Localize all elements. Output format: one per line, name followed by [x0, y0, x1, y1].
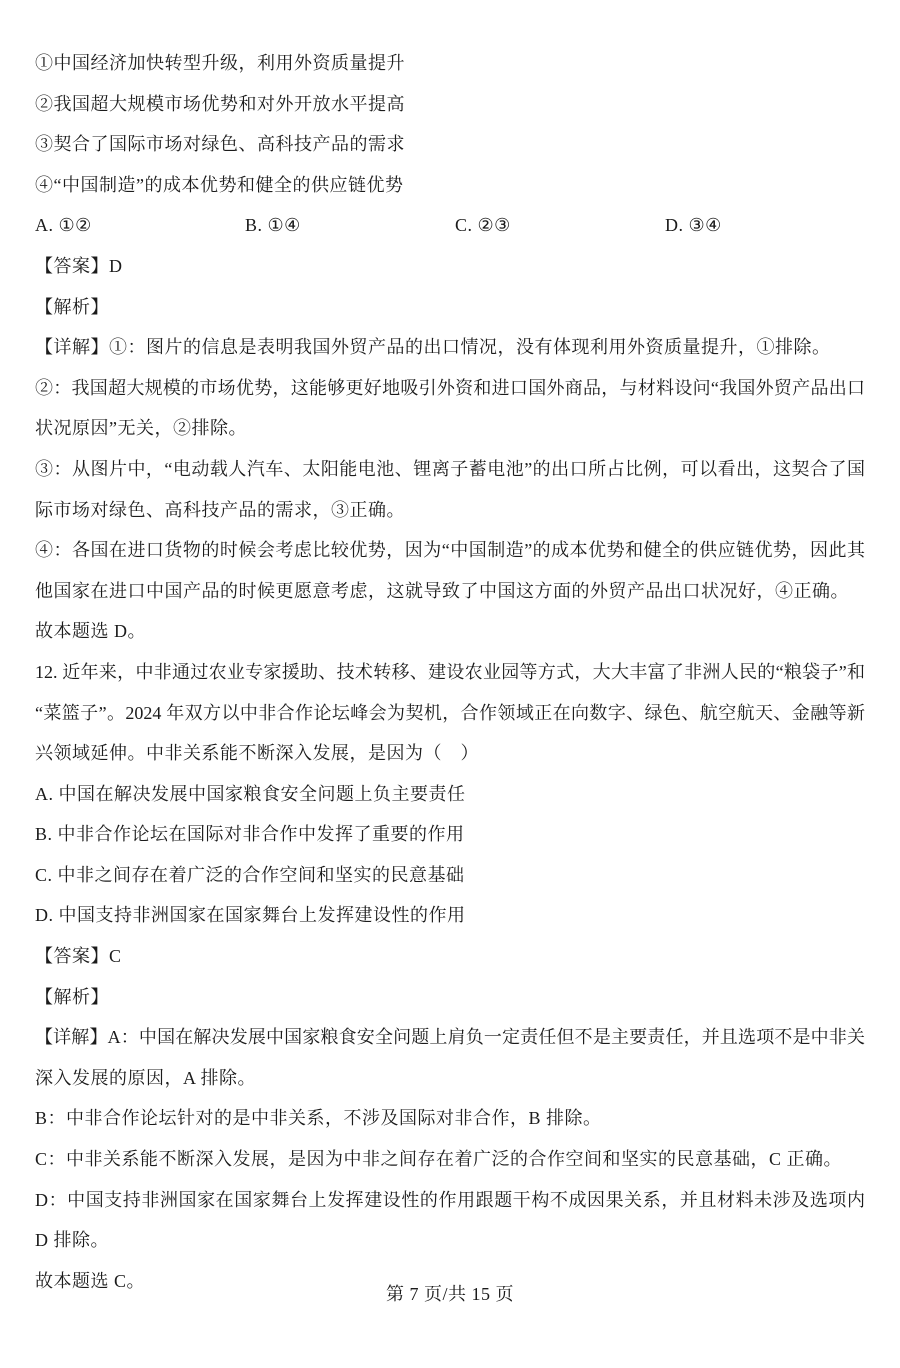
- q12-detail-b: B：中非合作论坛针对的是中非关系，不涉及国际对非合作，B 排除。: [35, 1098, 865, 1139]
- q12-detail-d-line2: D 排除。: [35, 1220, 865, 1261]
- q12-stem-line1: 12. 近年来，中非通过农业专家援助、技术转移、建设农业园等方式，大大丰富了非洲…: [35, 652, 865, 693]
- q12-stem-line3: 兴领域延伸。中非关系能不断深入发展，是因为（ ）: [35, 733, 865, 774]
- q11-detail-p4-line2: 他国家在进口中国产品的时候更愿意考虑，这就导致了中国这方面的外贸产品出口状况好，…: [35, 571, 865, 612]
- q12-stem-line2: “菜篮子”。2024 年双方以中非合作论坛峰会为契机，合作领域正在向数字、绿色、…: [35, 693, 865, 734]
- q11-option-3: ③契合了国际市场对绿色、高科技产品的需求: [35, 124, 865, 165]
- q11-detail-p1: 【详解】①：图片的信息是表明我国外贸产品的出口情况，没有体现利用外资质量提升，①…: [35, 327, 865, 368]
- document-body: ①中国经济加快转型升级，利用外资质量提升②我国超大规模市场优势和对外开放水平提高…: [35, 43, 865, 1301]
- q11-detail-p2-line1: ②：我国超大规模的市场优势，这能够更好地吸引外资和进口国外商品，与材料设问“我国…: [35, 368, 865, 409]
- answer-choice: D. ③④: [665, 205, 865, 246]
- q11-detail-p4-line1: ④：各国在进口货物的时候会考虑比较优势，因为“中国制造”的成本优势和健全的供应链…: [35, 530, 865, 571]
- q12-analysis-label: 【解析】: [35, 977, 865, 1018]
- q11-option-2: ②我国超大规模市场优势和对外开放水平提高: [35, 84, 865, 125]
- page-footer: 第 7 页/共 15 页: [0, 1280, 900, 1308]
- answer-choice: A. ①②: [35, 205, 245, 246]
- q11-option-4: ④“中国制造”的成本优势和健全的供应链优势: [35, 165, 865, 206]
- q12-answer: 【答案】C: [35, 936, 865, 977]
- q12-detail-d-line1: D：中国支持非洲国家在国家舞台上发挥建设性的作用跟题干构不成因果关系，并且材料未…: [35, 1180, 865, 1221]
- q12-detail-c: C：中非关系能不断深入发展，是因为中非之间存在着广泛的合作空间和坚实的民意基础，…: [35, 1139, 865, 1180]
- q11-choices-row: A. ①②B. ①④C. ②③D. ③④: [35, 205, 865, 246]
- q11-analysis-label: 【解析】: [35, 287, 865, 328]
- q12-choice-c: C. 中非之间存在着广泛的合作空间和坚实的民意基础: [35, 855, 865, 896]
- q12-detail-a-line1: 【详解】A：中国在解决发展中国家粮食安全问题上肩负一定责任但不是主要责任，并且选…: [35, 1017, 865, 1058]
- q11-answer: 【答案】D: [35, 246, 865, 287]
- q12-choice-a: A. 中国在解决发展中国家粮食安全问题上负主要责任: [35, 774, 865, 815]
- q11-detail-p3-line2: 际市场对绿色、高科技产品的需求，③正确。: [35, 490, 865, 531]
- answer-choice: B. ①④: [245, 205, 455, 246]
- q11-option-1: ①中国经济加快转型升级，利用外资质量提升: [35, 43, 865, 84]
- q11-detail-p2-line2: 状况原因”无关，②排除。: [35, 408, 865, 449]
- q12-choice-d: D. 中国支持非洲国家在国家舞台上发挥建设性的作用: [35, 895, 865, 936]
- exam-page: ①中国经济加快转型升级，利用外资质量提升②我国超大规模市场优势和对外开放水平提高…: [0, 0, 900, 1368]
- q11-conclusion: 故本题选 D。: [35, 611, 865, 652]
- q11-detail-p3-line1: ③：从图片中，“电动载人汽车、太阳能电池、锂离子蓄电池”的出口所占比例，可以看出…: [35, 449, 865, 490]
- q12-detail-a-line2: 深入发展的原因，A 排除。: [35, 1058, 865, 1099]
- q12-choice-b: B. 中非合作论坛在国际对非合作中发挥了重要的作用: [35, 814, 865, 855]
- answer-choice: C. ②③: [455, 205, 665, 246]
